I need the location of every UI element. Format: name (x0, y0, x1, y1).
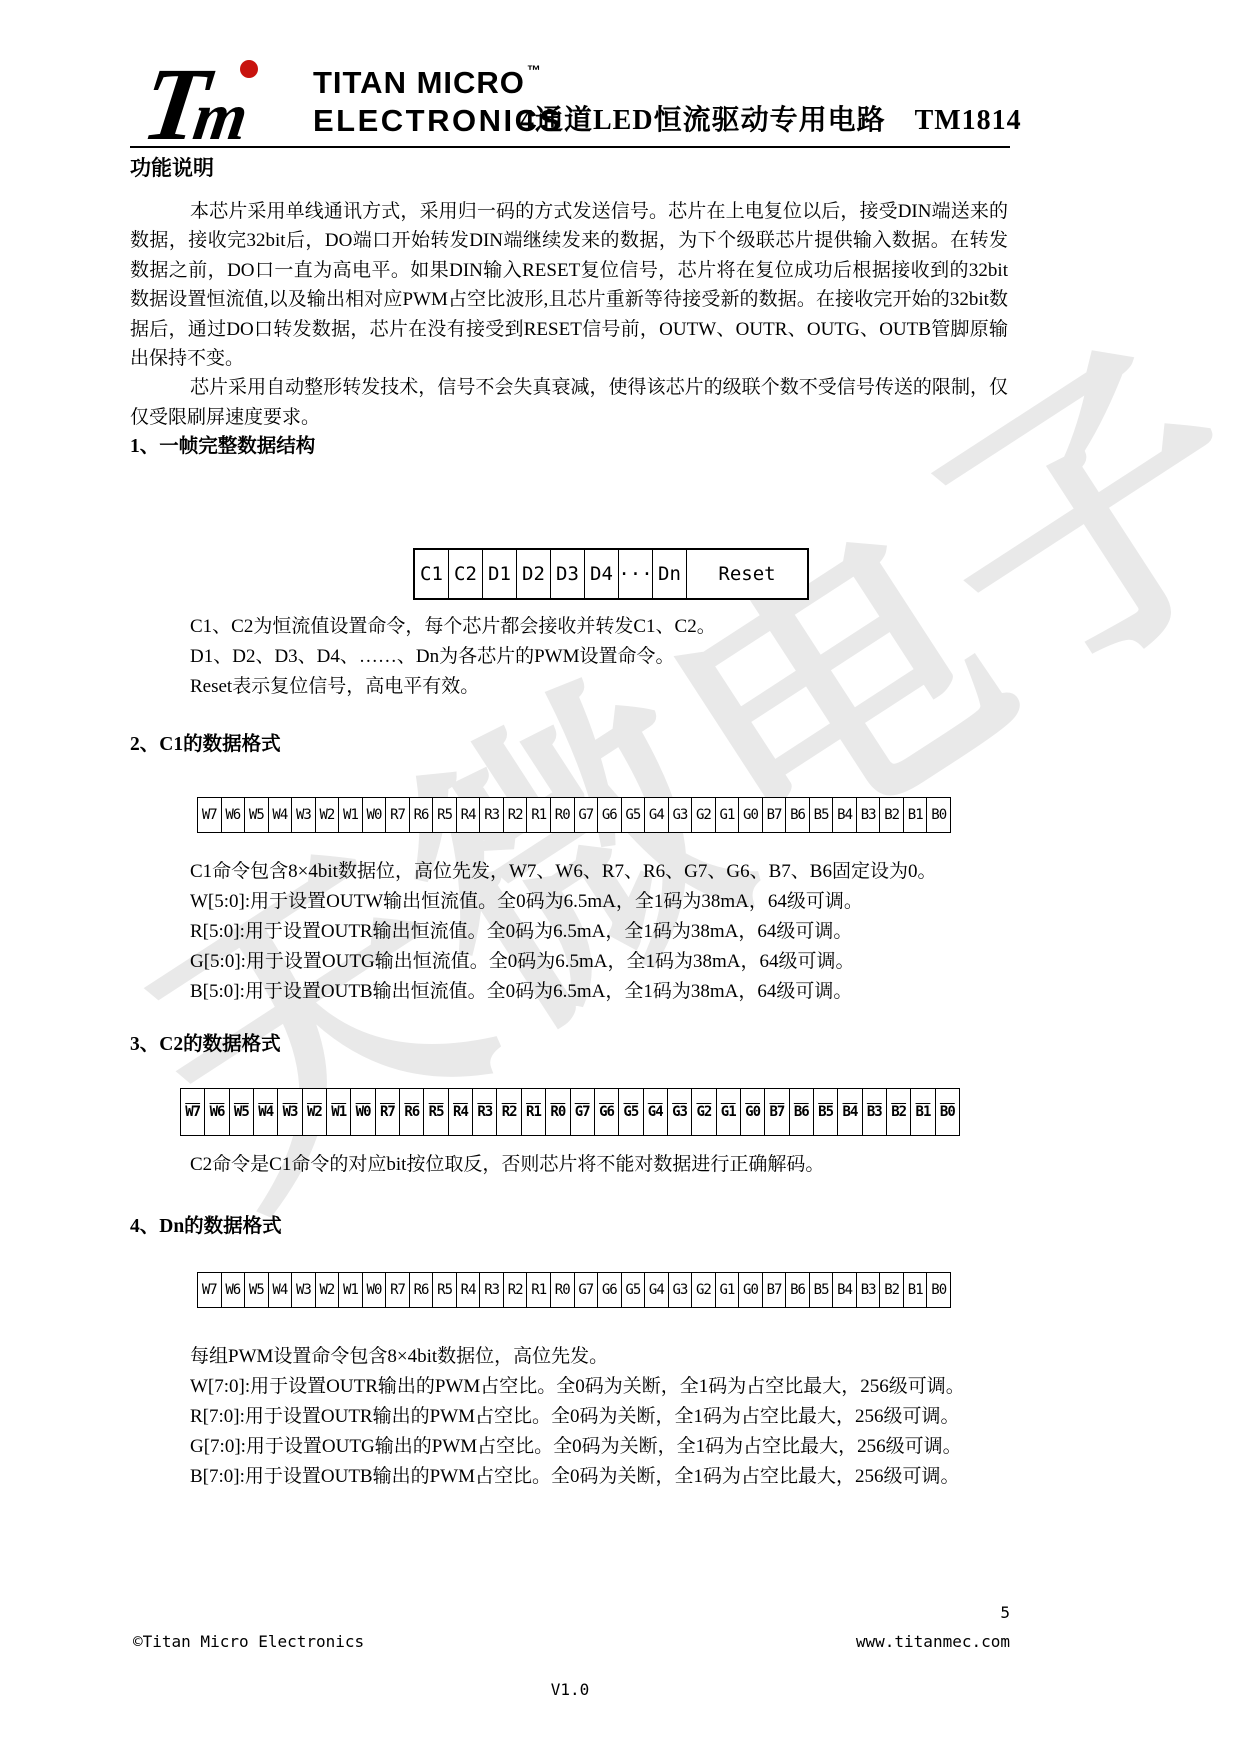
bit-cell-inverted: W0 (351, 1089, 375, 1135)
bit-cell: B0 (927, 798, 950, 832)
bit-cell: B7 (763, 798, 787, 832)
note-line: G[7:0]:用于设置OUTG输出的PWM占空比。全0码为关断，全1码为占空比最… (190, 1432, 965, 1462)
bit-cell: W0 (363, 798, 387, 832)
bit-cell-inverted: R4 (449, 1089, 473, 1135)
footer-url: www.titanmec.com (856, 1632, 1010, 1651)
bit-cell: W6 (222, 798, 246, 832)
bit-cell: R1 (527, 798, 551, 832)
bit-cell: R2 (504, 1273, 528, 1307)
bit-cell: G2 (692, 798, 716, 832)
note-line: C1、C2为恒流值设置命令，每个芯片都会接收并转发C1、C2。 (190, 612, 716, 642)
bit-cell: B4 (833, 1273, 857, 1307)
footer-row: ©Titan Micro Electronics www.titanmec.co… (133, 1632, 1010, 1651)
bit-cell-inverted: G5 (619, 1089, 643, 1135)
section-4-notes: 每组PWM设置命令包含8×4bit数据位，高位先发。W[7:0]:用于设置OUT… (190, 1342, 965, 1492)
intro-paragraphs: 本芯片采用单线通讯方式，采用归一码的方式发送信号。芯片在上电复位以后，接受DIN… (130, 197, 1008, 432)
bit-cell: B4 (833, 798, 857, 832)
bit-cell: W4 (269, 798, 293, 832)
frame-structure-table: C1C2D1D2D3D4···DnReset (413, 548, 809, 600)
bit-cell: W3 (292, 1273, 316, 1307)
bit-cell: R7 (386, 798, 410, 832)
bit-cell: G3 (669, 798, 693, 832)
bit-cell-inverted: R0 (546, 1089, 570, 1135)
bit-cell-inverted: G6 (595, 1089, 619, 1135)
bit-cell: R6 (410, 798, 434, 832)
bit-cell-inverted: R7 (376, 1089, 400, 1135)
bit-cell-inverted: B0 (936, 1089, 959, 1135)
bit-cell: W0 (363, 1273, 387, 1307)
bit-cell-inverted: R3 (473, 1089, 497, 1135)
bit-cell: W4 (269, 1273, 293, 1307)
bit-cell-inverted: B4 (838, 1089, 862, 1135)
footer-version: V1.0 (130, 1680, 1010, 1699)
bit-cell: B5 (810, 1273, 834, 1307)
bit-cell: W2 (316, 798, 340, 832)
bit-cell-inverted: G1 (717, 1089, 741, 1135)
bit-cell-inverted: G2 (692, 1089, 716, 1135)
logo-red-dot-icon (240, 60, 258, 78)
bit-cell: G4 (645, 798, 669, 832)
bit-cell: B6 (786, 798, 810, 832)
bit-cell: R3 (480, 798, 504, 832)
doc-title: 4通道LED恒流驱动专用电路 TM1814 (520, 98, 1022, 138)
page: 天微电子 T m TITAN MICRO™ ELECTRONICS 4通道LED… (0, 0, 1240, 1754)
bit-cell-inverted: W4 (254, 1089, 278, 1135)
note-line: C1命令包含8×4bit数据位，高位先发，W7、W6、R7、R6、G7、G6、B… (190, 857, 936, 887)
bit-cell: R6 (410, 1273, 434, 1307)
bit-cell: W7 (198, 1273, 222, 1307)
note-line: C2命令是C1命令的对应bit按位取反，否则芯片将不能对数据进行正确解码。 (190, 1150, 824, 1180)
bit-cell-inverted: G4 (644, 1089, 668, 1135)
bit-cell: G4 (645, 1273, 669, 1307)
bit-cell: R0 (551, 798, 575, 832)
header-rule (130, 146, 1010, 148)
bit-cell: B5 (810, 798, 834, 832)
company-logo: T m TITAN MICRO™ ELECTRONICS (137, 55, 563, 147)
bit-cell: W5 (245, 1273, 269, 1307)
bit-cell-inverted: B3 (863, 1089, 887, 1135)
bit-cell-inverted: B6 (790, 1089, 814, 1135)
note-line: B[7:0]:用于设置OUTB输出的PWM占空比。全0码为关断，全1码为占空比最… (190, 1462, 965, 1492)
bit-cell-inverted: G3 (668, 1089, 692, 1135)
bit-cell: R5 (433, 798, 457, 832)
bit-cell-inverted: R2 (497, 1089, 521, 1135)
footer-copyright: ©Titan Micro Electronics (133, 1632, 364, 1651)
bit-cell-inverted: R1 (522, 1089, 546, 1135)
bit-cell: R4 (457, 798, 481, 832)
frame-cell: C2 (449, 550, 483, 598)
bit-cell: G0 (739, 1273, 763, 1307)
bit-cell: G3 (669, 1273, 693, 1307)
bit-cell: G1 (716, 1273, 740, 1307)
bit-cell: G5 (622, 798, 646, 832)
bit-cell: W7 (198, 798, 222, 832)
note-line: B[5:0]:用于设置OUTB输出恒流值。全0码为6.5mA，全1码为38mA，… (190, 977, 936, 1007)
note-line: R[7:0]:用于设置OUTR输出的PWM占空比。全0码为关断，全1码为占空比最… (190, 1402, 965, 1432)
bit-cell: B0 (927, 1273, 950, 1307)
paragraph: 本芯片采用单线通讯方式，采用归一码的方式发送信号。芯片在上电复位以后，接受DIN… (130, 197, 1008, 373)
bit-cell: W2 (316, 1273, 340, 1307)
frame-cell: Reset (687, 550, 807, 598)
function-heading: 功能说明 (130, 152, 214, 182)
note-line: D1、D2、D3、D4、……、Dn为各芯片的PWM设置命令。 (190, 642, 716, 672)
bit-cell-inverted: B1 (911, 1089, 935, 1135)
bit-cell: G1 (716, 798, 740, 832)
bit-cell: G6 (598, 1273, 622, 1307)
note-line: W[5:0]:用于设置OUTW输出恒流值。全0码为6.5mA，全1码为38mA，… (190, 887, 936, 917)
section-heading-4: 4、Dn的数据格式 (130, 1210, 282, 1238)
bit-cell: R5 (433, 1273, 457, 1307)
frame-cell: D3 (551, 550, 585, 598)
frame-cell: Dn (653, 550, 687, 598)
note-line: W[7:0]:用于设置OUTR输出的PWM占空比。全0码为关断，全1码为占空比最… (190, 1372, 965, 1402)
bit-cell-inverted: B2 (887, 1089, 911, 1135)
note-line: 每组PWM设置命令包含8×4bit数据位，高位先发。 (190, 1342, 965, 1372)
bit-cell: B7 (763, 1273, 787, 1307)
bit-table-dn: W7W6W5W4W3W2W1W0R7R6R5R4R3R2R1R0G7G6G5G4… (197, 1272, 951, 1308)
bit-cell-inverted: B7 (765, 1089, 789, 1135)
bit-cell: G2 (692, 1273, 716, 1307)
bit-cell-inverted: W7 (181, 1089, 205, 1135)
bit-cell: B1 (904, 798, 928, 832)
bit-cell-inverted: G7 (571, 1089, 595, 1135)
bit-cell: G7 (575, 1273, 599, 1307)
bit-cell-inverted: W1 (327, 1089, 351, 1135)
note-line: G[5:0]:用于设置OUTG输出恒流值。全0码为6.5mA，全1码为38mA，… (190, 947, 936, 977)
bit-cell-inverted: W5 (230, 1089, 254, 1135)
bit-cell: W6 (222, 1273, 246, 1307)
note-line: R[5:0]:用于设置OUTR输出恒流值。全0码为6.5mA，全1码为38mA，… (190, 917, 936, 947)
bit-cell: W3 (292, 798, 316, 832)
trademark-sign: ™ (527, 62, 542, 78)
section-heading-3: 3、C2的数据格式 (130, 1028, 281, 1056)
brand-line1: TITAN MICRO™ (313, 63, 563, 98)
bit-cell: R0 (551, 1273, 575, 1307)
bit-cell: G7 (575, 798, 599, 832)
note-line: Reset表示复位信号，高电平有效。 (190, 672, 716, 702)
bit-cell: R1 (527, 1273, 551, 1307)
section-3-notes: C2命令是C1命令的对应bit按位取反，否则芯片将不能对数据进行正确解码。 (190, 1150, 824, 1180)
bit-cell: R7 (386, 1273, 410, 1307)
bit-cell-inverted: W2 (303, 1089, 327, 1135)
frame-cell: D4 (585, 550, 619, 598)
paragraph: 芯片采用自动整形转发技术，信号不会失真衰减，使得该芯片的级联个数不受信号传送的限… (130, 373, 1008, 432)
bit-cell: B2 (880, 1273, 904, 1307)
frame-cell: D2 (517, 550, 551, 598)
bit-cell: B3 (857, 798, 881, 832)
bit-cell: R3 (480, 1273, 504, 1307)
titan-logo-icon: T m (137, 55, 307, 147)
bit-cell: B3 (857, 1273, 881, 1307)
bit-table-c1: W7W6W5W4W3W2W1W0R7R6R5R4R3R2R1R0G7G6G5G4… (197, 797, 951, 833)
bit-cell: W1 (339, 798, 363, 832)
bit-cell-inverted: R5 (424, 1089, 448, 1135)
section-1-notes: C1、C2为恒流值设置命令，每个芯片都会接收并转发C1、C2。D1、D2、D3、… (190, 612, 716, 702)
bit-cell: R2 (504, 798, 528, 832)
bit-cell: W1 (339, 1273, 363, 1307)
bit-cell: G6 (598, 798, 622, 832)
section-heading-2: 2、C1的数据格式 (130, 728, 281, 756)
bit-cell-inverted: W6 (205, 1089, 229, 1135)
bit-cell: B2 (880, 798, 904, 832)
bit-cell: W5 (245, 798, 269, 832)
bit-cell: G0 (739, 798, 763, 832)
section-heading-1: 1、一帧完整数据结构 (130, 430, 315, 458)
frame-cell: ··· (619, 550, 653, 598)
bit-cell: B1 (904, 1273, 928, 1307)
svg-text:m: m (189, 78, 253, 147)
frame-cell: C1 (415, 550, 449, 598)
bit-cell-inverted: R6 (400, 1089, 424, 1135)
section-2-notes: C1命令包含8×4bit数据位，高位先发，W7、W6、R7、R6、G7、G6、B… (190, 857, 936, 1007)
bit-cell-inverted: G0 (741, 1089, 765, 1135)
brand-name: TITAN MICRO (313, 65, 525, 100)
bit-cell-inverted: W3 (278, 1089, 302, 1135)
bit-cell-inverted: B5 (814, 1089, 838, 1135)
bit-cell: B6 (786, 1273, 810, 1307)
bit-cell: G5 (622, 1273, 646, 1307)
footer-page-number: 5 (130, 1603, 1010, 1622)
frame-cell: D1 (483, 550, 517, 598)
bit-cell: R4 (457, 1273, 481, 1307)
bit-table-c2-inverted: W7W6W5W4W3W2W1W0R7R6R5R4R3R2R1R0G7G6G5G4… (180, 1088, 960, 1136)
